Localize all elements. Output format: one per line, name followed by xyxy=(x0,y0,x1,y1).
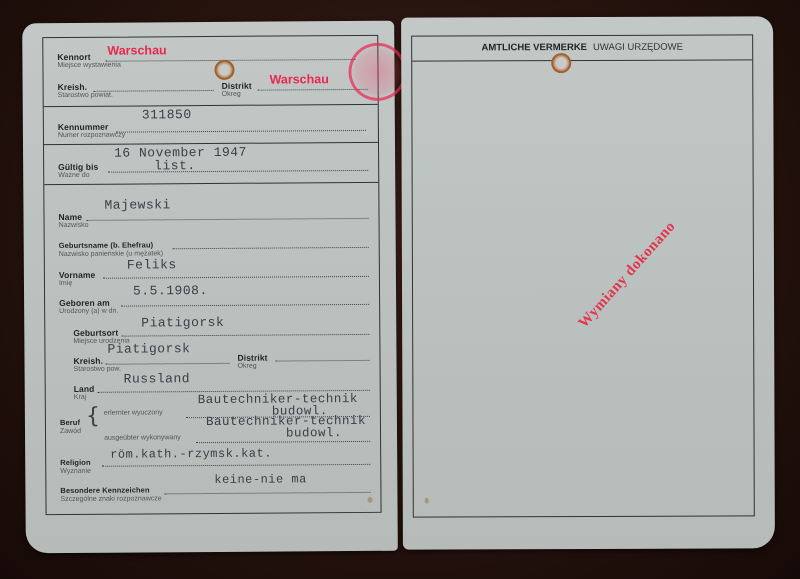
religion-value: röm.kath.-rzymsk.kat. xyxy=(110,447,272,462)
stain-spot xyxy=(425,498,429,504)
kennzeichen-value: keine-nie ma xyxy=(214,472,307,487)
land-value: Russland xyxy=(124,371,191,386)
official-notes-header: AMTLICHE VERMERKEUWAGI URZĘDOWE xyxy=(412,35,752,61)
vorname-sublabel: Imię xyxy=(59,280,72,287)
gueltig-sublabel: Ważne do xyxy=(58,172,89,179)
section-id-number: 311850 Kennummer Numer rozpoznawczy xyxy=(44,104,378,145)
header-german: AMTLICHE VERMERKE xyxy=(481,42,587,53)
official-notes-frame: AMTLICHE VERMERKEUWAGI URZĘDOWE xyxy=(411,34,755,517)
document-right-page: AMTLICHE VERMERKEUWAGI URZĘDOWE Wymiany … xyxy=(401,16,775,549)
kreish-sublabel: Starostwo powiat. xyxy=(58,92,113,99)
religion-label: Religion xyxy=(60,458,90,467)
beruf-sublabel: Zawód xyxy=(60,428,81,435)
kennort-sublabel: Miejsce wystawienia xyxy=(57,62,120,69)
kreish-label: Kreish. xyxy=(58,82,88,92)
kennort-label: Kennort xyxy=(57,52,90,62)
name-label: Name xyxy=(58,212,82,222)
official-round-stamp xyxy=(348,43,406,101)
geburtsort-label: Geburtsort xyxy=(73,328,118,338)
kennummer-value: 311850 xyxy=(142,107,192,122)
land-label: Land xyxy=(74,384,95,394)
kennort-value: Warschau xyxy=(107,43,166,57)
distrikt-value: Warschau xyxy=(270,72,329,86)
kennzeichen-sublabel: Szczególne znaki rozpoznawcze xyxy=(60,495,161,503)
geboren-sublabel: Urodzony (a) w dn. xyxy=(59,308,118,315)
kreish-birth-value: Piatigorsk xyxy=(107,341,190,357)
form-frame: Kennort Miejsce wystawienia Warschau Kre… xyxy=(42,35,381,515)
geboren-value: 5.5.1908. xyxy=(133,283,208,299)
name-sublabel: Nazwisko xyxy=(59,222,89,229)
distrikt-sublabel: Okreg xyxy=(222,91,241,98)
ausgeuebter-label: ausgeübter wykonywany xyxy=(104,434,181,442)
vorname-label: Vorname xyxy=(59,270,96,280)
kennzeichen-label: Besondere Kennzeichen xyxy=(60,485,149,495)
header-polish: UWAGI URZĘDOWE xyxy=(593,42,683,53)
kennummer-sublabel: Numer rozpoznawczy xyxy=(58,132,125,139)
kennummer-label: Kennummer xyxy=(58,122,109,132)
land-sublabel: Kraj xyxy=(74,394,87,401)
kreish-birth-sublabel: Starostwo pow. xyxy=(74,366,122,373)
section-issue-place: Kennort Miejsce wystawienia Warschau Kre… xyxy=(43,36,377,107)
ausgeuebter-value-2: budowl. xyxy=(286,426,342,440)
geburtsname-label: Geburtsname (b. Ehefrau) xyxy=(59,240,154,250)
rust-ring-mark xyxy=(551,53,571,73)
religion-sublabel: Wyznanie xyxy=(60,468,91,475)
document-left-page: Kennort Miejsce wystawienia Warschau Kre… xyxy=(22,21,398,554)
geboren-label: Geboren am xyxy=(59,298,110,308)
distrikt-label: Distrikt xyxy=(222,81,252,91)
section-validity: 16 November 1947 list. Gültig bis Ważne … xyxy=(44,142,378,185)
distrikt-birth-label: Distrikt xyxy=(237,353,267,363)
stain-spot xyxy=(367,497,372,503)
name-value: Majewski xyxy=(104,197,171,212)
rust-ring-mark xyxy=(214,60,234,80)
vorname-value: Feliks xyxy=(127,257,177,272)
gueltig-label: Gültig bis xyxy=(58,162,98,172)
beruf-brace: { xyxy=(86,404,100,429)
kreish-birth-label: Kreish. xyxy=(73,356,103,366)
beruf-label: Beruf xyxy=(60,418,80,427)
distrikt-birth-sublabel: Okreg xyxy=(238,363,257,370)
geburtsort-value: Piatigorsk xyxy=(141,315,224,331)
erlernter-label: erlernter wyuczony xyxy=(104,409,163,416)
